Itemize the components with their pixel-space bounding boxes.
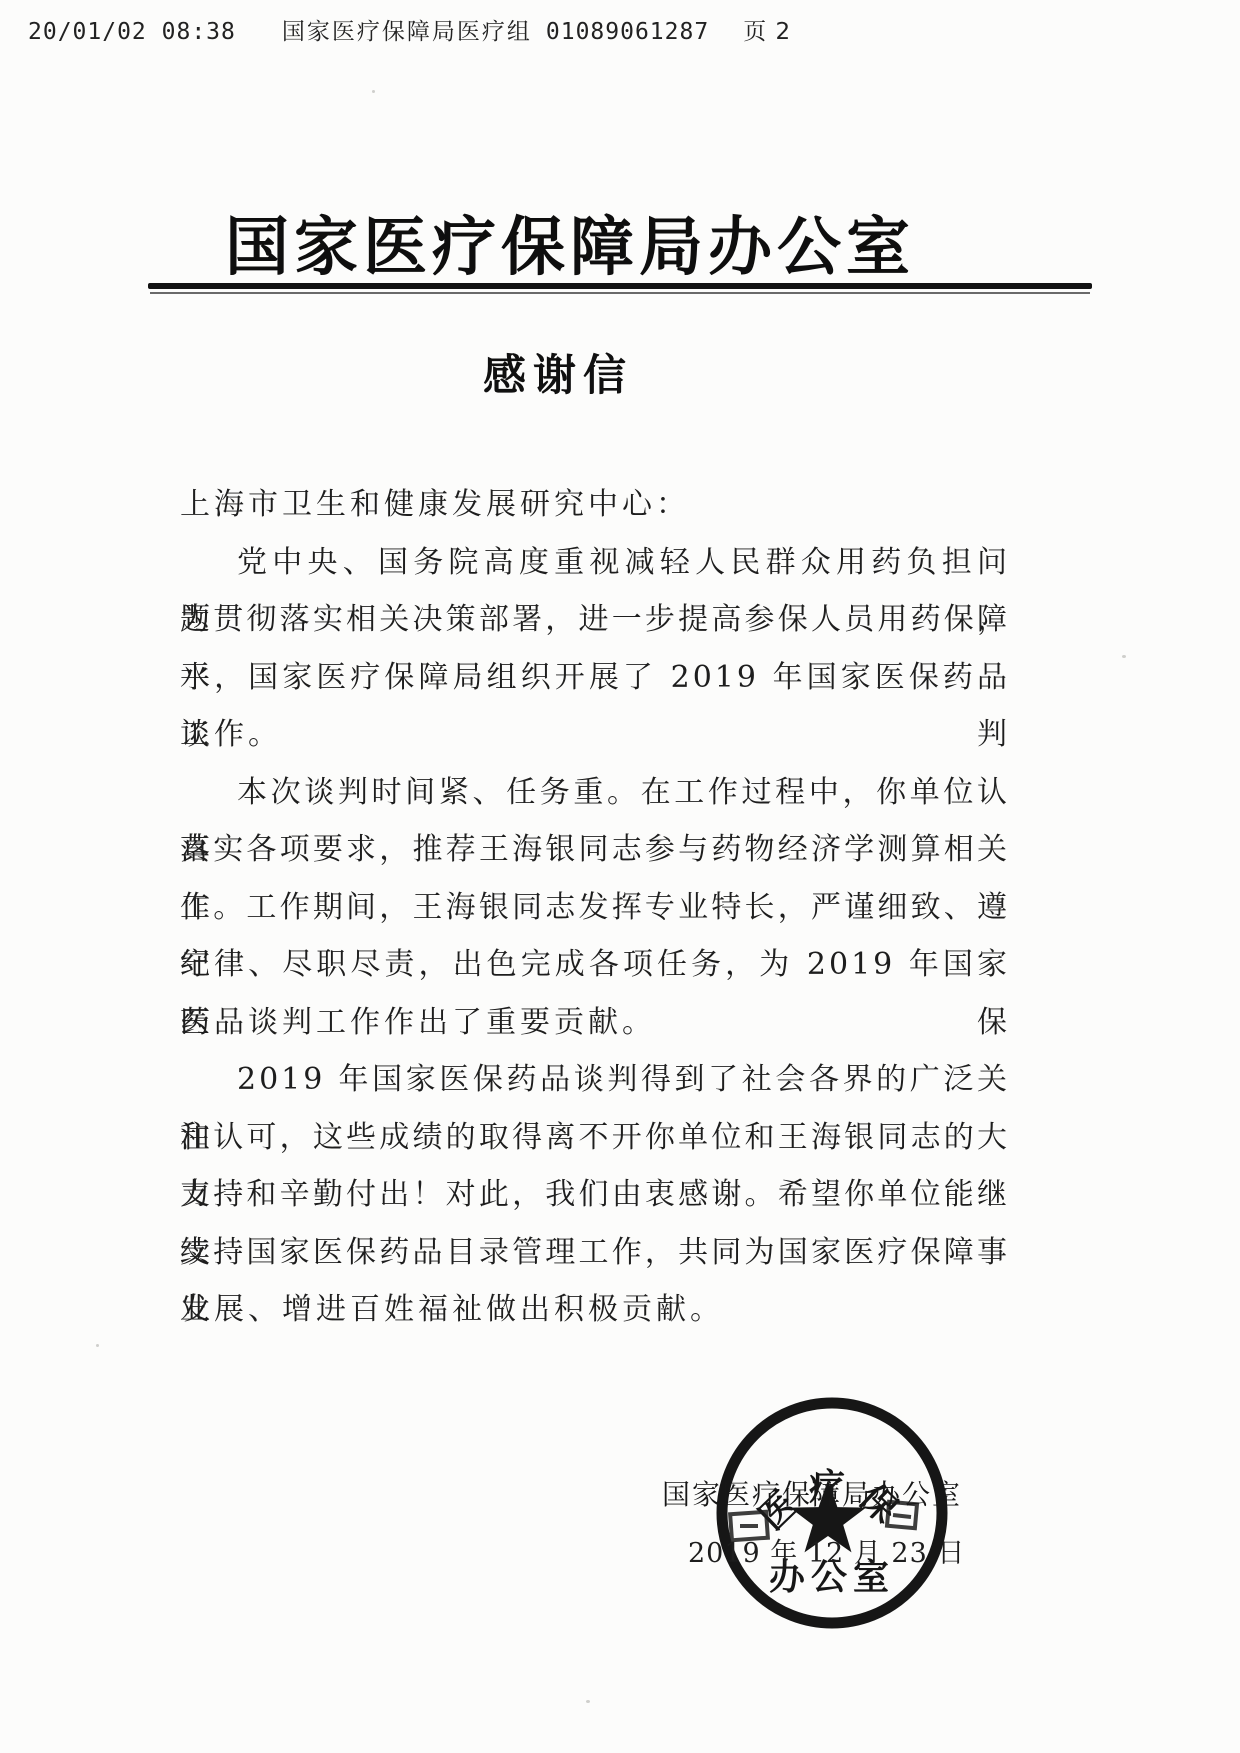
body-line: 纪律、尽职尽责，出色完成各项任务，为 2019 年国家医保 [180, 936, 1010, 994]
body-line: 发展、增进百姓福祉做出积极贡献。 [180, 1281, 1010, 1339]
fax-page-number: 页 2 [743, 13, 791, 46]
scan-speck [96, 1344, 99, 1347]
body-line: 党中央、国务院高度重视减轻人民群众用药负担问题， [180, 534, 1010, 592]
body-line: 支持国家医保药品目录管理工作，共同为国家医疗保障事业 [180, 1224, 1010, 1282]
fax-number: 01089061287 [546, 19, 709, 45]
salutation: 上海市卫生和健康发展研究中心： [180, 476, 1010, 534]
body-line: 作。工作期间，王海银同志发挥专业特长，严谨细致、遵守 [180, 879, 1010, 937]
body-line: 落实各项要求，推荐王海银同志参与药物经济学测算相关工 [180, 821, 1010, 879]
letterhead-org-title: 国家医疗保障局办公室 [98, 196, 1042, 288]
body-line: 2019 年国家医保药品谈判得到了社会各界的广泛关注 [180, 1051, 1010, 1109]
body-line: 支持和辛勤付出！对此，我们由衷感谢。希望你单位能继续 [180, 1166, 1010, 1224]
signature-date: 2019 年 12 月 23 日 [688, 1531, 965, 1570]
scan-speck [586, 1700, 590, 1703]
body-line: 和认可，这些成绩的取得离不开你单位和王海银同志的大力 [180, 1109, 1010, 1167]
letterhead-rule-thick [148, 283, 1092, 289]
official-seal: 医疗保 办公室 [710, 1395, 956, 1635]
letterhead-rule-thin [150, 292, 1090, 294]
fax-datetime: 20/01/02 08:38 [28, 19, 236, 45]
scanned-letter-page: 20/01/02 08:38 国家医疗保障局医疗组 01089061287 页 … [0, 0, 1240, 1753]
fax-sender: 国家医疗保障局医疗组 [282, 13, 532, 46]
body-line: 平，国家医疗保障局组织开展了 2019 年国家医保药品谈判 [180, 649, 1010, 707]
scan-speck [372, 90, 375, 93]
fax-header: 20/01/02 08:38 国家医疗保障局医疗组 01089061287 页 … [28, 13, 791, 46]
letter-body: 上海市卫生和健康发展研究中心： 党中央、国务院高度重视减轻人民群众用药负担问题，… [180, 476, 1010, 1339]
scan-speck [1122, 655, 1126, 658]
signature-org: 国家医疗保障局办公室 [662, 1473, 962, 1513]
letter-title: 感谢信 [86, 342, 1030, 403]
body-line: 为贯彻落实相关决策部署，进一步提高参保人员用药保障水 [180, 591, 1010, 649]
body-line: 本次谈判时间紧、任务重。在工作过程中，你单位认真 [180, 764, 1010, 822]
